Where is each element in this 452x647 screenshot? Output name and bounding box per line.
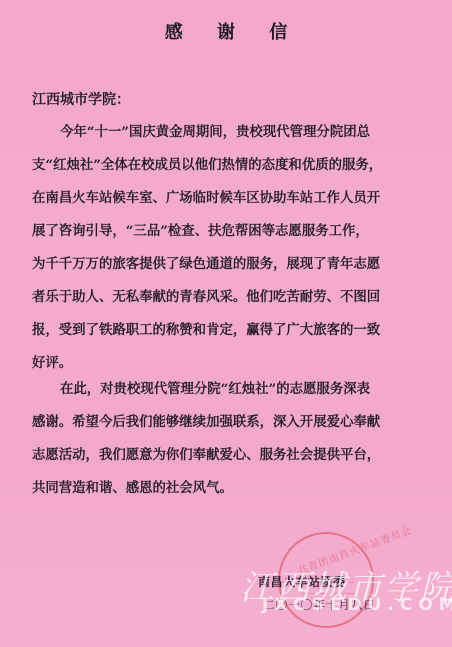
letter-title: 感 谢 信 [0, 18, 452, 44]
paragraph-line: 展了咨询引导，“三品”检查、扶危帮困等志愿服务工作， [32, 215, 417, 248]
paragraph-line: 感谢。希望今后我们能够继续加强联系，深入开展爱心奉献 [32, 406, 417, 439]
paragraph-line: 者乐于助人、无私奉献的青春风采。他们吃苦耐劳、不图回 [32, 281, 417, 314]
paragraph-line: 报，受到了铁路职工的称赞和肯定，赢得了广大旅客的一致 [32, 314, 417, 347]
paragraph-1: 今年“十一”国庆黄金周期间，贵校现代管理分院团总 支“红烛社”全体在校成员以他们… [32, 116, 417, 380]
paragraph-2: 在此，对贵校现代管理分院“红烛社”的志愿服务深表 感谢。希望今后我们能够继续加强… [32, 373, 417, 505]
paragraph-line: 在南昌火车站候车室、广场临时候车区协助车站工作人员开 [32, 182, 417, 215]
paragraph-line: 为千千万万的旅客提供了绿色通道的服务，展现了青年志愿 [32, 248, 417, 281]
salutation: 江西城市学院： [32, 89, 130, 109]
paragraph-line: 在此，对贵校现代管理分院“红烛社”的志愿服务深表 [32, 373, 417, 406]
paragraph-line: 支“红烛社”全体在校成员以他们热情的态度和优质的服务， [32, 149, 417, 182]
paragraph-line: 志愿活动，我们愿意为你们奉献爱心、服务社会提供平台， [32, 439, 417, 472]
paragraph-line: 共同营造和谐、感恩的社会风气。 [32, 472, 417, 505]
letter-page: 感 谢 信 江西城市学院： 今年“十一”国庆黄金周期间，贵校现代管理分院团总 支… [0, 0, 452, 647]
watermark-url: JXCSEDU.COM [262, 595, 452, 615]
paragraph-line: 今年“十一”国庆黄金周期间，贵校现代管理分院团总 [32, 116, 417, 149]
